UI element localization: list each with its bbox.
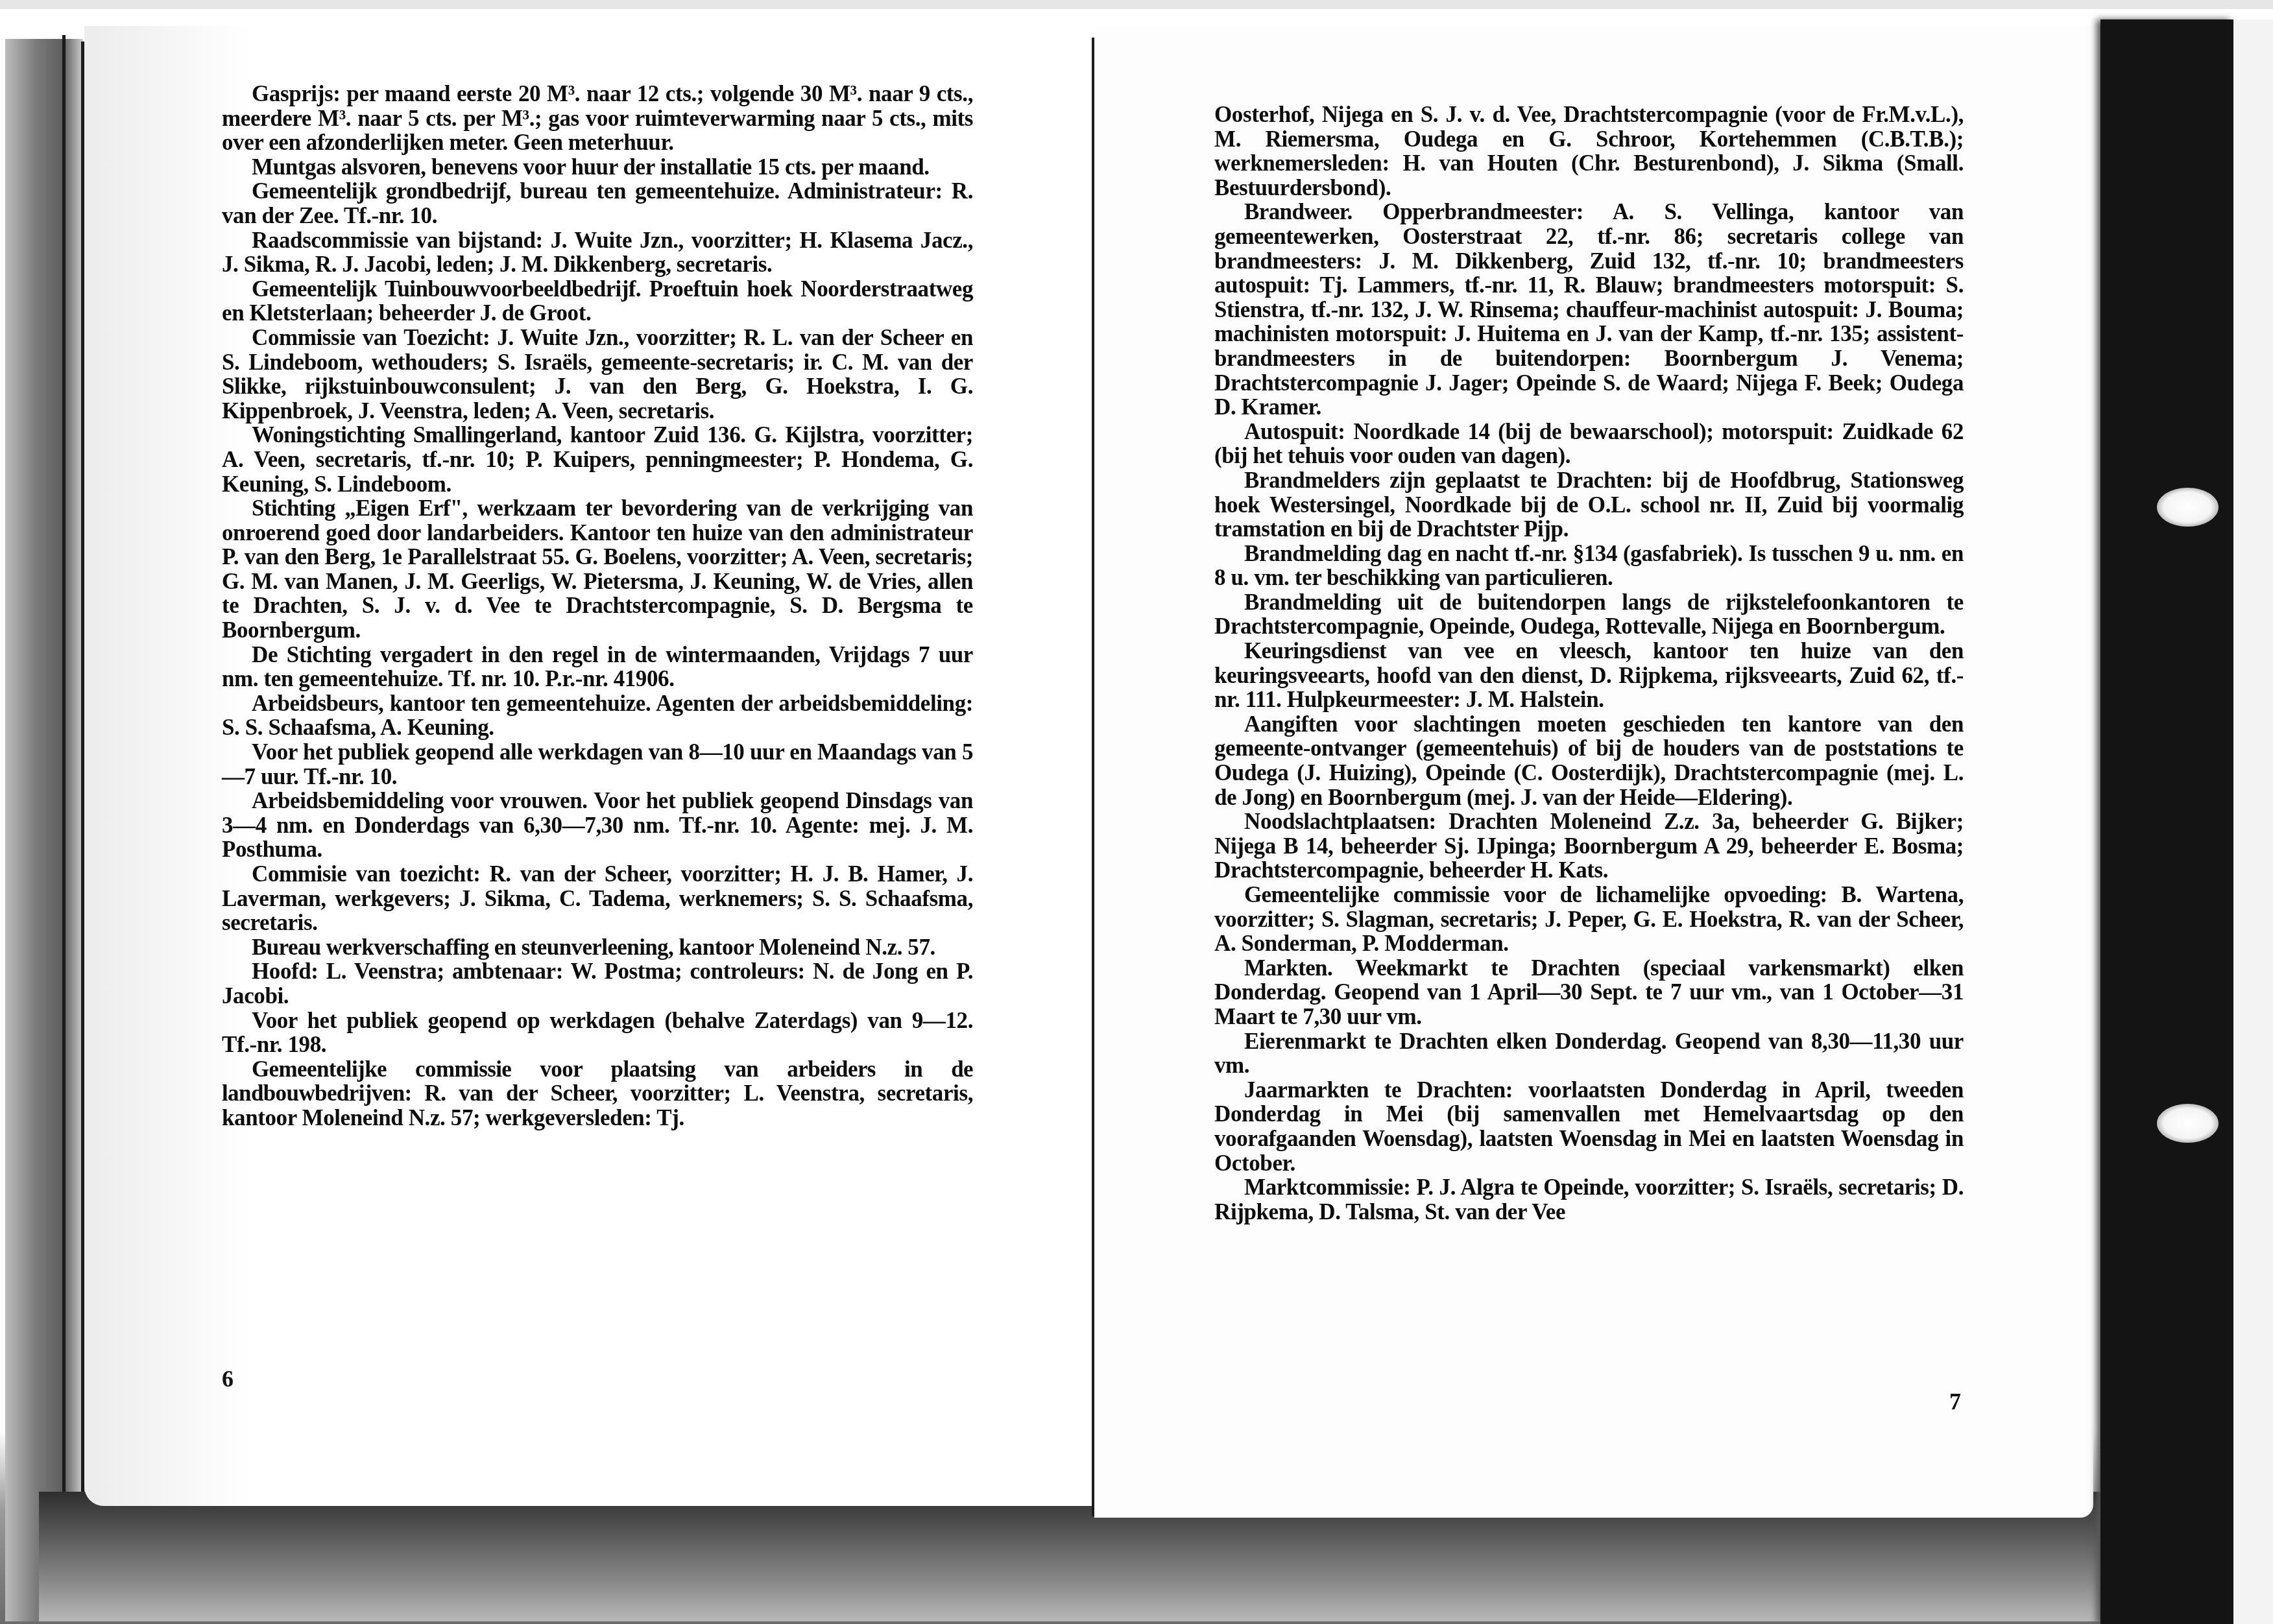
paragraph-body: Voor het publiek geopend op werkdagen (b…	[222, 1008, 973, 1058]
punch-hole-icon	[2157, 488, 2219, 527]
page-number-right: 7	[1949, 1388, 1961, 1415]
paragraph: Brandmelding uit de buitendorpen langs d…	[1214, 590, 1964, 639]
paragraph: Hoofd: L. Veenstra; ambtenaar: W. Postma…	[222, 959, 973, 1008]
paragraph: Bureau werkverschaffing en steunverleeni…	[222, 935, 973, 960]
paragraph-body: Brandmelders zijn geplaatst te Drachten:…	[1214, 468, 1964, 542]
paragraph: Arbeidsbeurs, kantoor ten gemeentehuize.…	[222, 691, 973, 740]
paragraph: Keuringsdienst van vee en vleesch, kanto…	[1214, 639, 1964, 712]
punch-hole-icon	[2157, 1104, 2219, 1143]
left-page-text: Gasprijs: per maand eerste 20 M³. naar 1…	[222, 82, 973, 1130]
paragraph-body: Jaarmarkten te Drachten: voorlaatsten Do…	[1214, 1077, 1964, 1176]
paragraph-body: Muntgas alsvoren, benevens voor huur der…	[252, 154, 930, 180]
page-gutter	[1092, 38, 1094, 1516]
paragraph: Raadscommissie van bijstand: J. Wuite Jz…	[222, 228, 973, 277]
paragraph-body: Arbeidsbemiddeling voor vrouwen. Voor he…	[222, 788, 973, 862]
paragraph: Brandmelders zijn geplaatst te Drachten:…	[1214, 468, 1964, 542]
paragraph: Gemeentelijk Tuinbouwvoorbeeldbedrijf. P…	[222, 277, 973, 326]
paragraph: Oosterhof, Nijega en S. J. v. d. Vee, Dr…	[1214, 102, 1964, 200]
paragraph-body: Hoofd: L. Veenstra; ambtenaar: W. Postma…	[222, 959, 973, 1009]
paragraph: Gemeentelijke commissie voor de lichamel…	[1214, 883, 1964, 956]
paragraph-heading: Gemeentelijk Tuinbouwvoorbeeldbedrijf.	[252, 276, 641, 302]
paragraph: Autospuit: Noordkade 14 (bij de bewaarsc…	[1214, 420, 1964, 468]
binding-edge-line	[62, 35, 66, 1540]
paragraph-body: Raadscommissie van bijstand: J. Wuite Jz…	[222, 228, 973, 278]
paragraph-heading: Markten.	[1244, 955, 1332, 981]
paragraph: Brandweer. Opperbrandmeester: A. S. Vell…	[1214, 200, 1964, 419]
paragraph-body: Marktcommissie: P. J. Algra te Opeinde, …	[1214, 1175, 1964, 1224]
paragraph-heading: Arbeidsbeurs,	[252, 691, 383, 716]
paragraph: Voor het publiek geopend alle werkdagen …	[222, 740, 973, 789]
paragraph: Woningstichting Smallingerland, kantoor …	[222, 423, 973, 496]
right-page-text: Oosterhof, Nijega en S. J. v. d. Vee, Dr…	[1214, 102, 1964, 1224]
paragraph: Aangiften voor slachtingen moeten geschi…	[1214, 712, 1964, 809]
paragraph: Brandmelding dag en nacht tf.-nr. §134 (…	[1214, 542, 1964, 590]
paragraph: Jaarmarkten te Drachten: voorlaatsten Do…	[1214, 1078, 1964, 1175]
paragraph-heading: Gemeentelijke commissie voor de lichamel…	[1244, 882, 1827, 907]
paragraph-body: Aangiften voor slachtingen moeten geschi…	[1214, 711, 1964, 810]
paragraph-heading: Bureau werkverschaffing en steunverleeni…	[252, 935, 673, 960]
paragraph-body: Commissie van Toezicht: J. Wuite Jzn., v…	[222, 325, 973, 424]
paragraph-body: Autospuit: Noordkade 14 (bij de bewaarsc…	[1214, 419, 1964, 469]
paragraph-body: Gasprijs: per maand eerste 20 M³. naar 1…	[222, 81, 973, 155]
paragraph: Gasprijs: per maand eerste 20 M³. naar 1…	[222, 82, 973, 155]
paragraph: Markten. Weekmarkt te Drachten (speciaal…	[1214, 956, 1964, 1029]
paragraph: Stichting „Eigen Erf", werkzaam ter bevo…	[222, 496, 973, 643]
paragraph-body: De Stichting vergadert in den regel in d…	[222, 642, 973, 692]
paragraph-heading: Stichting „Eigen Erf",	[252, 496, 468, 521]
paragraph-body: Brandmelding uit de buitendorpen langs d…	[1214, 590, 1964, 639]
paragraph-body: kantoor Moleneind N.z. 57.	[673, 935, 935, 960]
paragraph-heading: Brandweer.	[1244, 199, 1353, 224]
paragraph-body: Noodslachtplaatsen: Drachten Moleneind Z…	[1214, 809, 1964, 883]
paragraph-body: Brandmelding dag en nacht tf.-nr. §134 (…	[1214, 541, 1964, 591]
paragraph-body: Oosterhof, Nijega en S. J. v. d. Vee, Dr…	[1214, 102, 1964, 200]
paragraph: Arbeidsbemiddeling voor vrouwen. Voor he…	[222, 789, 973, 862]
paragraph: Noodslachtplaatsen: Drachten Moleneind Z…	[1214, 809, 1964, 883]
paragraph-body: Commisie van toezicht: R. van der Scheer…	[222, 861, 973, 935]
paragraph: Marktcommissie: P. J. Algra te Opeinde, …	[1214, 1175, 1964, 1224]
paragraph: Eierenmarkt te Drachten elken Donderdag.…	[1214, 1029, 1964, 1078]
paragraph: Gemeentelijke commissie voor plaatsing v…	[222, 1057, 973, 1130]
scan-right-edge	[2233, 19, 2273, 1624]
page-number-left: 6	[222, 1365, 234, 1392]
binding-shadow	[5, 39, 83, 1621]
paragraph: Voor het publiek geopend op werkdagen (b…	[222, 1009, 973, 1057]
binder-backing	[2100, 19, 2233, 1624]
paragraph-body: Eierenmarkt te Drachten elken Donderdag.…	[1214, 1029, 1964, 1079]
paragraph: Muntgas alsvoren, benevens voor huur der…	[222, 155, 973, 180]
paragraph-heading: Woningstichting Smallingerland,	[252, 422, 562, 448]
paragraph: De Stichting vergadert in den regel in d…	[222, 643, 973, 691]
scan-top-edge	[0, 0, 2273, 9]
paragraph-heading: Gemeentelijk grondbedrijf,	[252, 178, 511, 204]
paragraph-body: Voor het publiek geopend alle werkdagen …	[222, 739, 973, 789]
paragraph-body: Opperbrandmeester: A. S. Vellinga, kanto…	[1214, 199, 1964, 420]
paragraph: Gemeentelijk grondbedrijf, bureau ten ge…	[222, 179, 973, 228]
paragraph-heading: Keuringsdienst van vee en vleesch,	[1244, 638, 1631, 663]
paragraph: Commissie van Toezicht: J. Wuite Jzn., v…	[222, 326, 973, 423]
paragraph: Commisie van toezicht: R. van der Scheer…	[222, 862, 973, 935]
